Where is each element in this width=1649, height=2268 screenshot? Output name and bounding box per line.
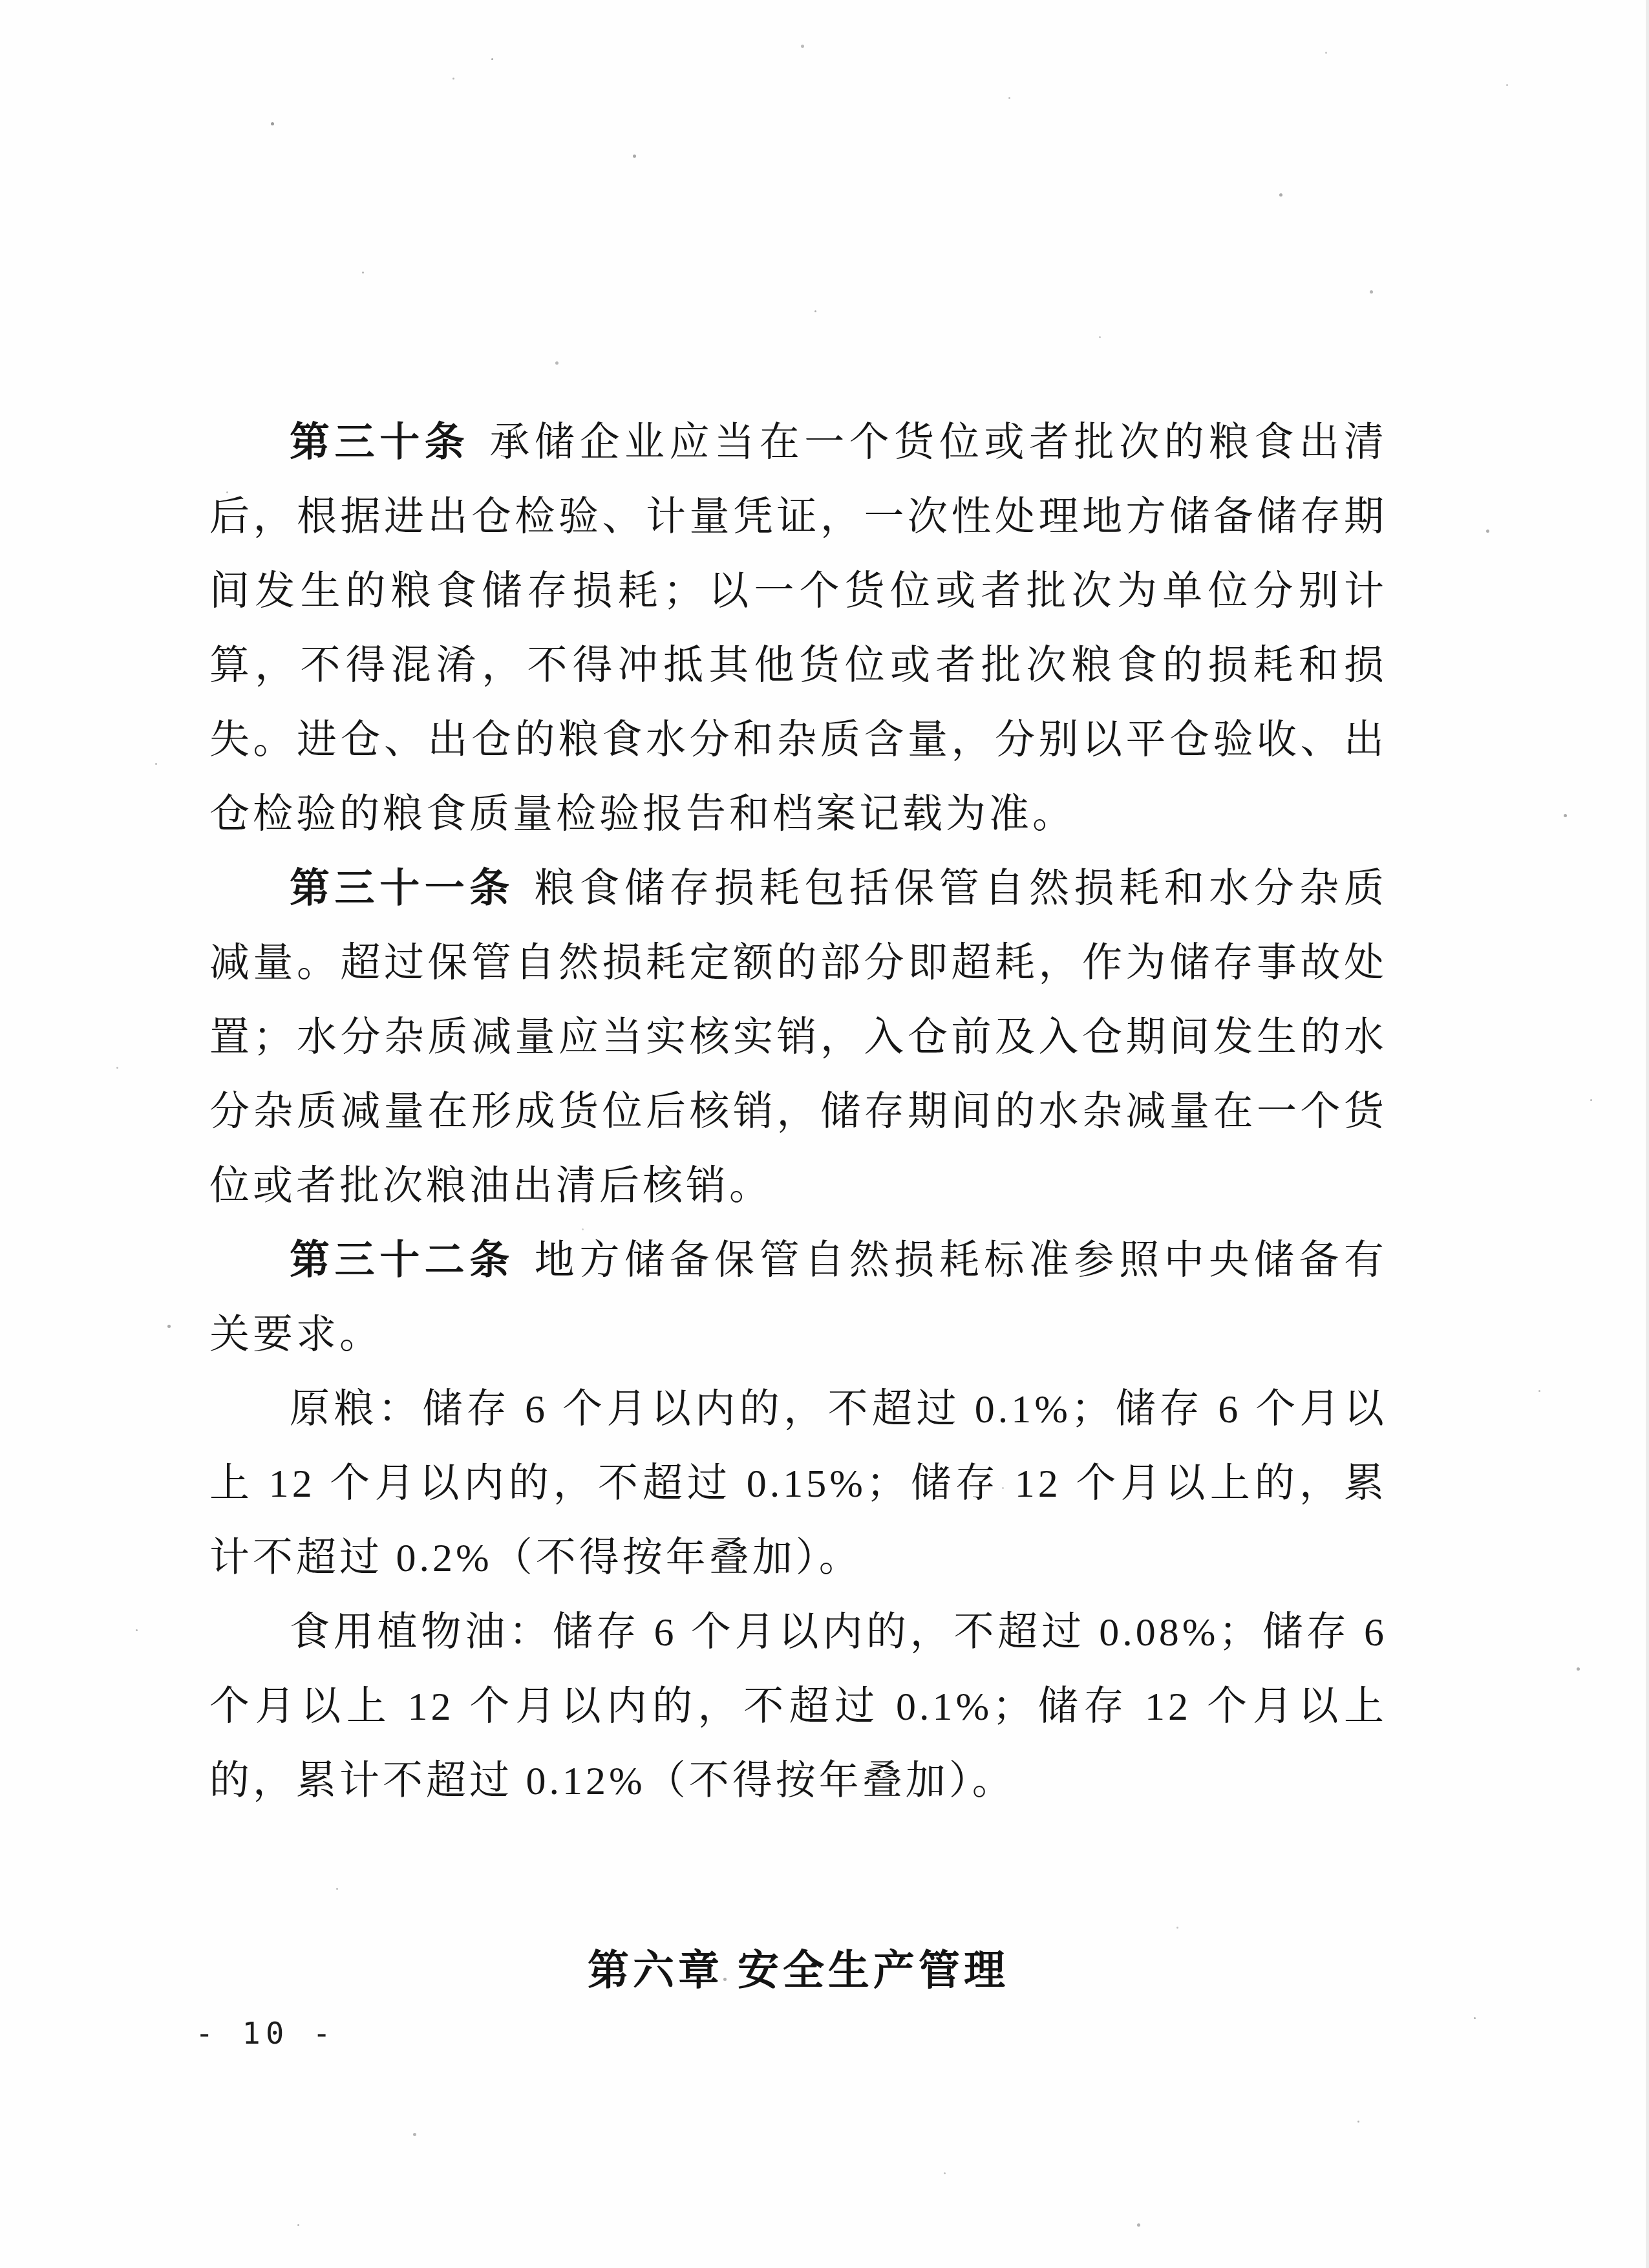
scan-noise-speckles	[0, 0, 2, 2]
article-31-text: 粮食储存损耗包括保管自然损耗和水分杂质减量。超过保管自然损耗定额的部分即超耗，作…	[209, 867, 1387, 1208]
page-number: - 10 -	[195, 2016, 336, 2051]
article-30-text: 承储企业应当在一个货位或者批次的粮食出清后，根据进出仓检验、计量凭证，一次性处理…	[209, 421, 1387, 837]
article-30-label: 第三十条	[290, 421, 469, 465]
raw-grain-loss-paragraph: 原粮：储存 6 个月以内的，不超过 0.1%；储存 6 个月以上 12 个月以内…	[209, 1373, 1387, 1596]
edible-oil-loss-paragraph: 食用植物油：储存 6 个月以内的，不超过 0.08%；储存 6 个月以上 12 …	[209, 1596, 1387, 1819]
raw-grain-text: 原粮：储存 6 个月以内的，不超过 0.1%；储存 6 个月以上 12 个月以内…	[209, 1387, 1387, 1580]
scanned-document-page: 第三十条承储企业应当在一个货位或者批次的粮食出清后，根据进出仓检验、计量凭证，一…	[0, 0, 1649, 2268]
edible-oil-text: 食用植物油：储存 6 个月以内的，不超过 0.08%；储存 6 个月以上 12 …	[209, 1610, 1387, 1803]
article-30-paragraph: 第三十条承储企业应当在一个货位或者批次的粮食出清后，根据进出仓检验、计量凭证，一…	[209, 406, 1387, 852]
document-body: 第三十条承储企业应当在一个货位或者批次的粮食出清后，根据进出仓检验、计量凭证，一…	[209, 406, 1387, 1996]
article-31-paragraph: 第三十一条粮食储存损耗包括保管自然损耗和水分杂质减量。超过保管自然损耗定额的部分…	[209, 852, 1387, 1224]
article-31-label: 第三十一条	[290, 867, 515, 911]
article-32-label: 第三十二条	[290, 1239, 515, 1283]
chapter-6-heading: 第六章 安全生产管理	[209, 1945, 1387, 1996]
article-32-paragraph: 第三十二条地方储备保管自然损耗标准参照中央储备有关要求。	[209, 1224, 1387, 1373]
